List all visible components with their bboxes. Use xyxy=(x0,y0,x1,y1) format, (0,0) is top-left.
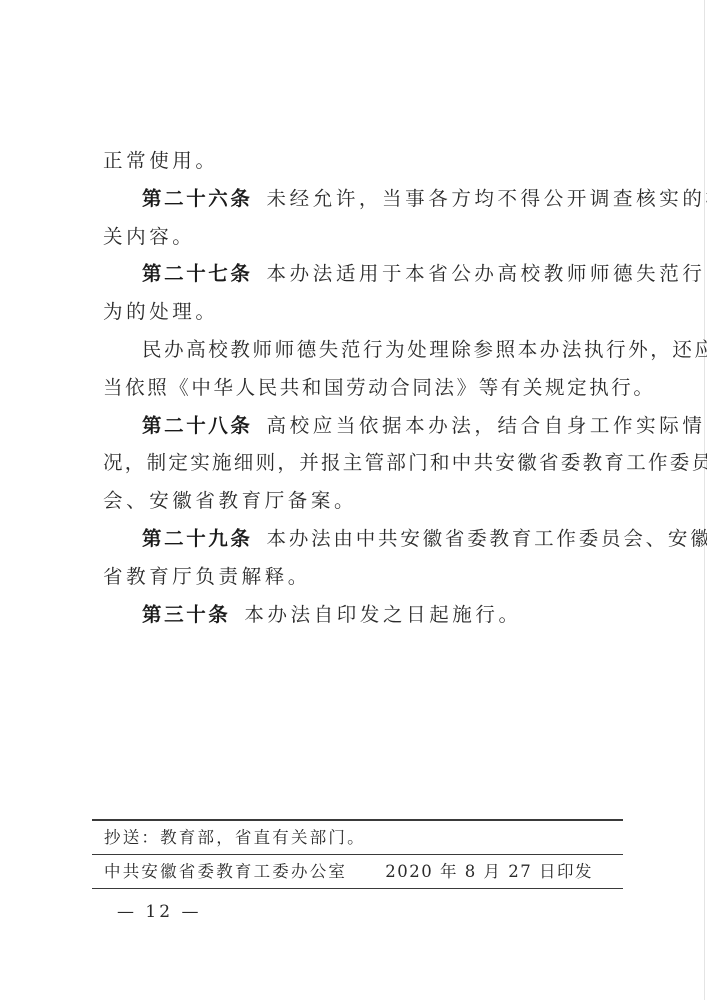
line-text: 正常使用。 xyxy=(103,149,219,172)
document-footer: 抄送：教育部，省直有关部门。 中共安徽省委教育工委办公室 2020 年 8 月 … xyxy=(92,819,623,889)
text-line: 民办高校教师师德失范行为处理除参照本办法执行外，还应 xyxy=(103,331,623,369)
page-edge xyxy=(704,0,705,1000)
text-line: 正常使用。 xyxy=(103,142,623,180)
article-heading: 第二十七条 xyxy=(142,262,253,285)
text-line: 为的处理。 xyxy=(103,293,623,331)
divider xyxy=(92,888,623,890)
text-line: 省教育厅负责解释。 xyxy=(103,558,623,596)
line-text: 会、安徽省教育厅备案。 xyxy=(103,489,357,512)
article-26: 第二十六条未经允许，当事各方均不得公开调查核实的相 xyxy=(103,180,623,218)
cc-text: 抄送：教育部，省直有关部门。 xyxy=(104,821,366,854)
text-line: 况，制定实施细则，并报主管部门和中共安徽省委教育工作委员 xyxy=(103,444,623,482)
issuer: 中共安徽省委教育工委办公室 xyxy=(104,855,347,888)
page-number: — 12 — xyxy=(117,902,201,922)
line-text: 高校应当依据本办法，结合自身工作实际情 xyxy=(267,414,706,437)
line-text: 况，制定实施细则，并报主管部门和中共安徽省委教育工作委员 xyxy=(103,451,707,474)
article-30: 第三十条本办法自印发之日起施行。 xyxy=(103,596,623,634)
line-text: 民办高校教师师德失范行为处理除参照本办法执行外，还应 xyxy=(142,338,707,361)
text-line: 关内容。 xyxy=(103,218,623,256)
text-line: 当依照《中华人民共和国劳动合同法》等有关规定执行。 xyxy=(103,369,623,407)
article-29: 第二十九条本办法由中共安徽省委教育工作委员会、安徽 xyxy=(103,520,623,558)
cc-row: 抄送：教育部，省直有关部门。 xyxy=(92,821,623,854)
line-text: 省教育厅负责解释。 xyxy=(103,565,311,588)
issue-date: 2020 年 8 月 27 日印发 xyxy=(385,855,623,888)
document-body: 正常使用。 第二十六条未经允许，当事各方均不得公开调查核实的相 关内容。 第二十… xyxy=(103,142,623,633)
line-text: 为的处理。 xyxy=(103,300,219,323)
article-heading: 第二十六条 xyxy=(142,187,253,210)
line-text: 本办法自印发之日起施行。 xyxy=(244,603,521,626)
issuer-row: 中共安徽省委教育工委办公室 2020 年 8 月 27 日印发 xyxy=(92,855,623,888)
line-text: 关内容。 xyxy=(103,225,195,248)
article-heading: 第二十九条 xyxy=(142,527,253,550)
text-line: 会、安徽省教育厅备案。 xyxy=(103,482,623,520)
line-text: 未经允许，当事各方均不得公开调查核实的相 xyxy=(267,187,707,210)
article-27: 第二十七条本办法适用于本省公办高校教师师德失范行 xyxy=(103,255,623,293)
article-heading: 第三十条 xyxy=(142,603,230,626)
line-text: 本办法适用于本省公办高校教师师德失范行 xyxy=(267,262,706,285)
line-text: 当依照《中华人民共和国劳动合同法》等有关规定执行。 xyxy=(103,376,656,399)
article-heading: 第二十八条 xyxy=(142,414,253,437)
line-text: 本办法由中共安徽省委教育工作委员会、安徽 xyxy=(267,527,707,550)
article-28: 第二十八条高校应当依据本办法，结合自身工作实际情 xyxy=(103,407,623,445)
